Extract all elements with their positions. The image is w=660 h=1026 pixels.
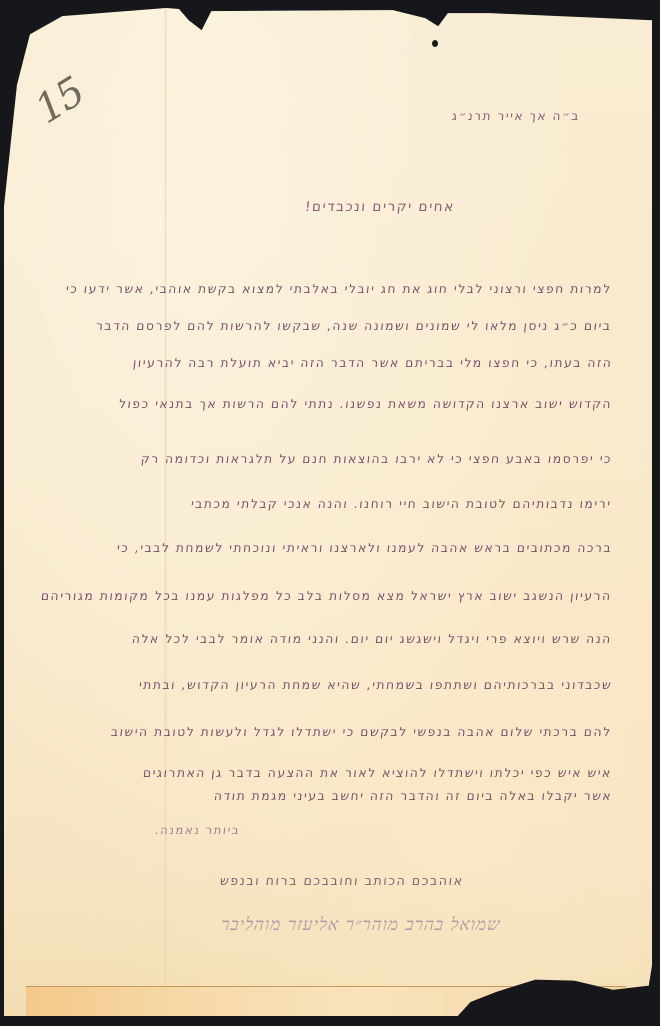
body-line: הזה בעתו, כי חפצו מלי בבריתם אשר הדבר הז… <box>132 356 613 370</box>
torn-corner <box>470 998 660 1026</box>
regards-line: אוהבכם הכותב וחובבכם ברוח ובנפש <box>220 873 465 888</box>
body-line: ירימו נדבותיהם לטובת הישוב חיי רוחנו. וה… <box>191 497 613 511</box>
body-line: הרעיון הנשגב ישוב ארץ ישראל מצא מסלות בל… <box>41 589 613 603</box>
closing-line: ביותר נאמנה. <box>154 823 241 837</box>
body-line: איש איש כפי יכלתו וישתדלו להוציא לאור את… <box>142 766 612 780</box>
body-line: כי יפרסמו באבע חפצי כי לא ירבו בהוצאות ח… <box>140 452 613 466</box>
body-line: הנה שרש ויוצא פרי ויגדל וישגשג יום יום. … <box>131 632 612 646</box>
body-line: הקדוש ישוב ארצנו הקדושה משאת נפשנו. נתתי… <box>118 397 613 411</box>
paper-fold-crease <box>164 4 167 1016</box>
body-line: להם ברכתי שלום אהבה בנפשי לבקשם כי ישתדל… <box>111 725 613 739</box>
body-line: למרות חפצי ורצוני לבלי חוג את חג יובלי ב… <box>66 282 613 296</box>
date-line: ב״ה אך אייר תרנ״ג <box>451 109 580 123</box>
body-line: שכבדוני בברכותיהם ושתתפו בשמחתי, שהיא שמ… <box>138 678 613 692</box>
body-line: ברכה מכתובים בראש אהבה לעמנו ולארצנו ורא… <box>116 541 613 555</box>
body-line: ביום כ״ג ניסן מלאו לי שמונים ושמונה שנה,… <box>96 319 613 333</box>
signature: שמואל בהרב מוהר״ר אליעזר מוהליבר <box>220 915 501 935</box>
body-line: אשר יקבלו באלה ביום זה והדבר הזה יחשב בע… <box>213 789 613 803</box>
paper-hole <box>432 40 438 47</box>
salutation: אחים יקרים ונכבדים! <box>304 199 455 215</box>
document-scan: 15 ב״ה אך אייר תרנ״ג אחים יקרים ונכבדים!… <box>0 0 660 1026</box>
